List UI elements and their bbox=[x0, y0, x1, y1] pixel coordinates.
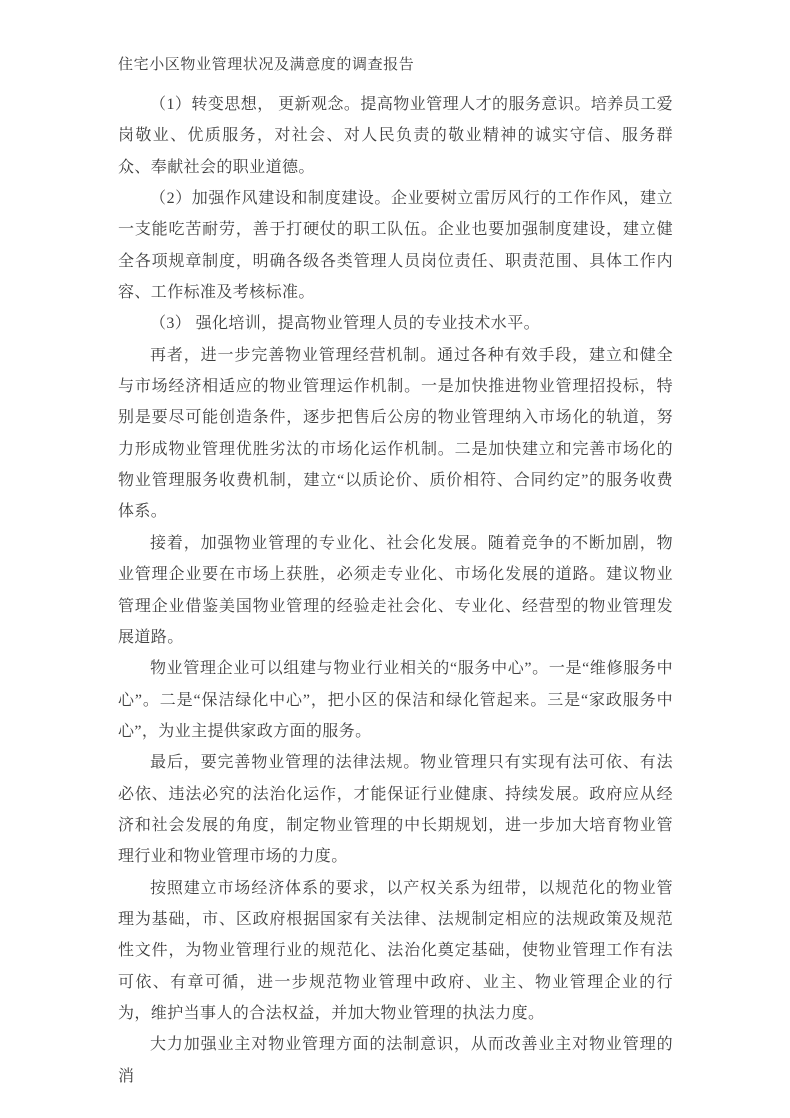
body-paragraph: （1）转变思想， 更新观念。提高物业管理人才的服务意识。培养员工爱岗敬业、优质服… bbox=[118, 89, 673, 183]
body-paragraph: 再者，进一步完善物业管理经营机制。通过各种有效手段，建立和健全与市场经济相适应的… bbox=[118, 340, 673, 528]
body-paragraph: （2）加强作风建设和制度建设。企业要树立雷厉风行的工作作风，建立一支能吃苦耐劳，… bbox=[118, 183, 673, 308]
document-body: （1）转变思想， 更新观念。提高物业管理人才的服务意识。培养员工爱岗敬业、优质服… bbox=[118, 89, 673, 1092]
body-paragraph: 接着，加强物业管理的专业化、社会化发展。随着竞争的不断加剧，物业管理企业要在市场… bbox=[118, 528, 673, 653]
body-paragraph: 大力加强业主对物业管理方面的法制意识，从而改善业主对物业管理的消 bbox=[118, 1029, 673, 1092]
body-paragraph: 物业管理企业可以组建与物业行业相关的“服务中心”。一是“维修服务中心”。二是“保… bbox=[118, 653, 673, 747]
document-header: 住宅小区物业管理状况及满意度的调查报告 bbox=[118, 55, 673, 75]
body-paragraph: 最后，要完善物业管理的法律法规。物业管理只有实现有法可依、有法必依、违法必究的法… bbox=[118, 747, 673, 872]
body-paragraph: 按照建立市场经济体系的要求，以产权关系为纽带，以规范化的物业管理为基础，市、区政… bbox=[118, 873, 673, 1030]
document-header-title: 住宅小区物业管理状况及满意度的调查报告 bbox=[118, 57, 414, 73]
body-paragraph: （3） 强化培训，提高物业管理人员的专业技术水平。 bbox=[118, 308, 673, 339]
document-page: 住宅小区物业管理状况及满意度的调查报告 （1）转变思想， 更新观念。提高物业管理… bbox=[0, 0, 790, 1118]
